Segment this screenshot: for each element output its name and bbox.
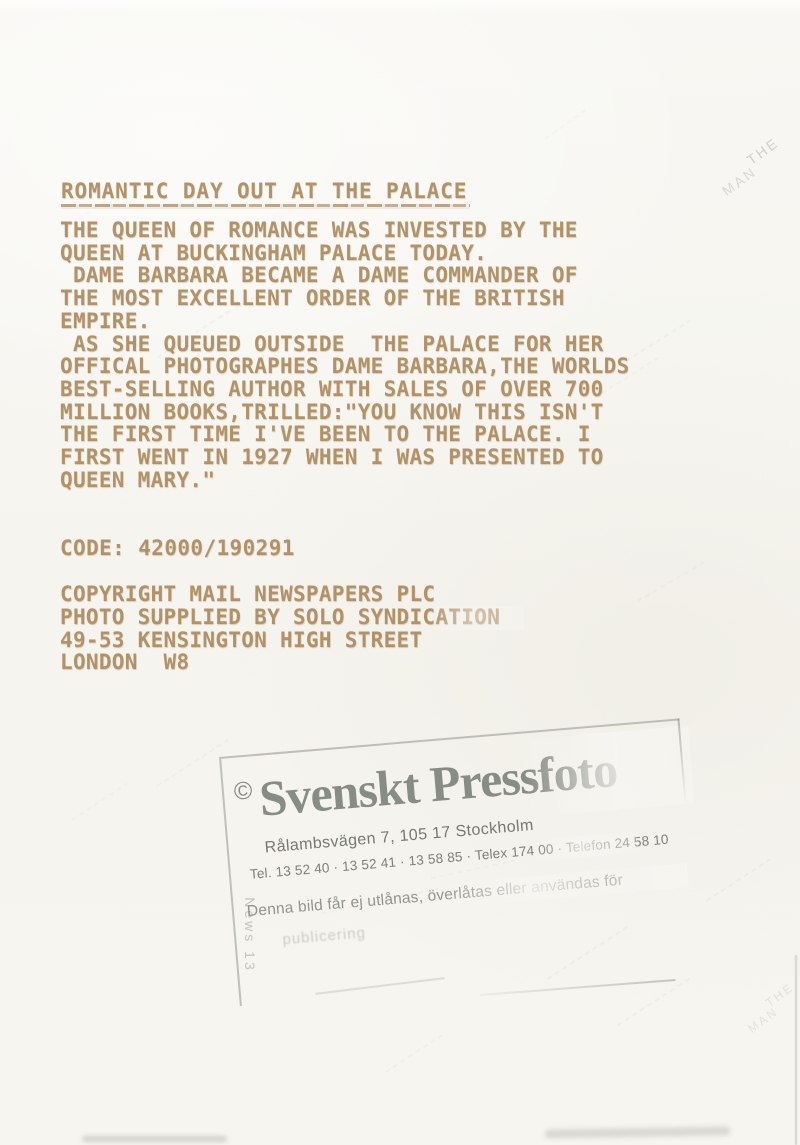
ghost-smudge (71, 781, 131, 821)
stamp-ink-fade (521, 726, 695, 818)
ghost-smudge (544, 106, 590, 139)
headline-underline (61, 204, 470, 207)
ghost-smudge (156, 739, 228, 787)
ghost-smudge (385, 1033, 445, 1073)
scan-edge-shadow (545, 1126, 730, 1138)
vertical-side-text: News 13 (242, 850, 258, 1020)
caption-headline: ROMANTIC DAY OUT AT THE PALACE (61, 181, 467, 202)
ghost-smudge (637, 560, 707, 602)
ghost-smudge (706, 856, 774, 901)
scan-edge-shadow (82, 1136, 227, 1142)
scan-edge-line (795, 955, 797, 1145)
svenskt-pressfoto-stamp: © Svenskt Pressfoto Rålambsvägen 7, 105 … (219, 718, 700, 1006)
stamp-usage-notice-2: publicering (282, 924, 367, 948)
stamp-ink-fade (440, 863, 689, 908)
copyright-icon: © (233, 776, 256, 806)
ghost-text: MAN (719, 163, 760, 199)
caption-body-text: THE QUEEN OF ROMANCE WAS INVESTED BY THE… (60, 219, 630, 491)
stamp-ink-fade (533, 831, 638, 861)
ghost-text: MAN (745, 1004, 781, 1035)
copyright-credit-block: COPYRIGHT MAIL NEWSPAPERS PLC PHOTO SUPP… (60, 583, 500, 674)
press-photo-caption-page: ROMANTIC DAY OUT AT THE PALACE THE QUEEN… (0, 0, 800, 1145)
ghost-text: THE (763, 980, 797, 1010)
stamp-name-row: © Svenskt Pressfoto (232, 735, 679, 830)
photo-code-line: CODE: 42000/190291 (60, 538, 295, 559)
